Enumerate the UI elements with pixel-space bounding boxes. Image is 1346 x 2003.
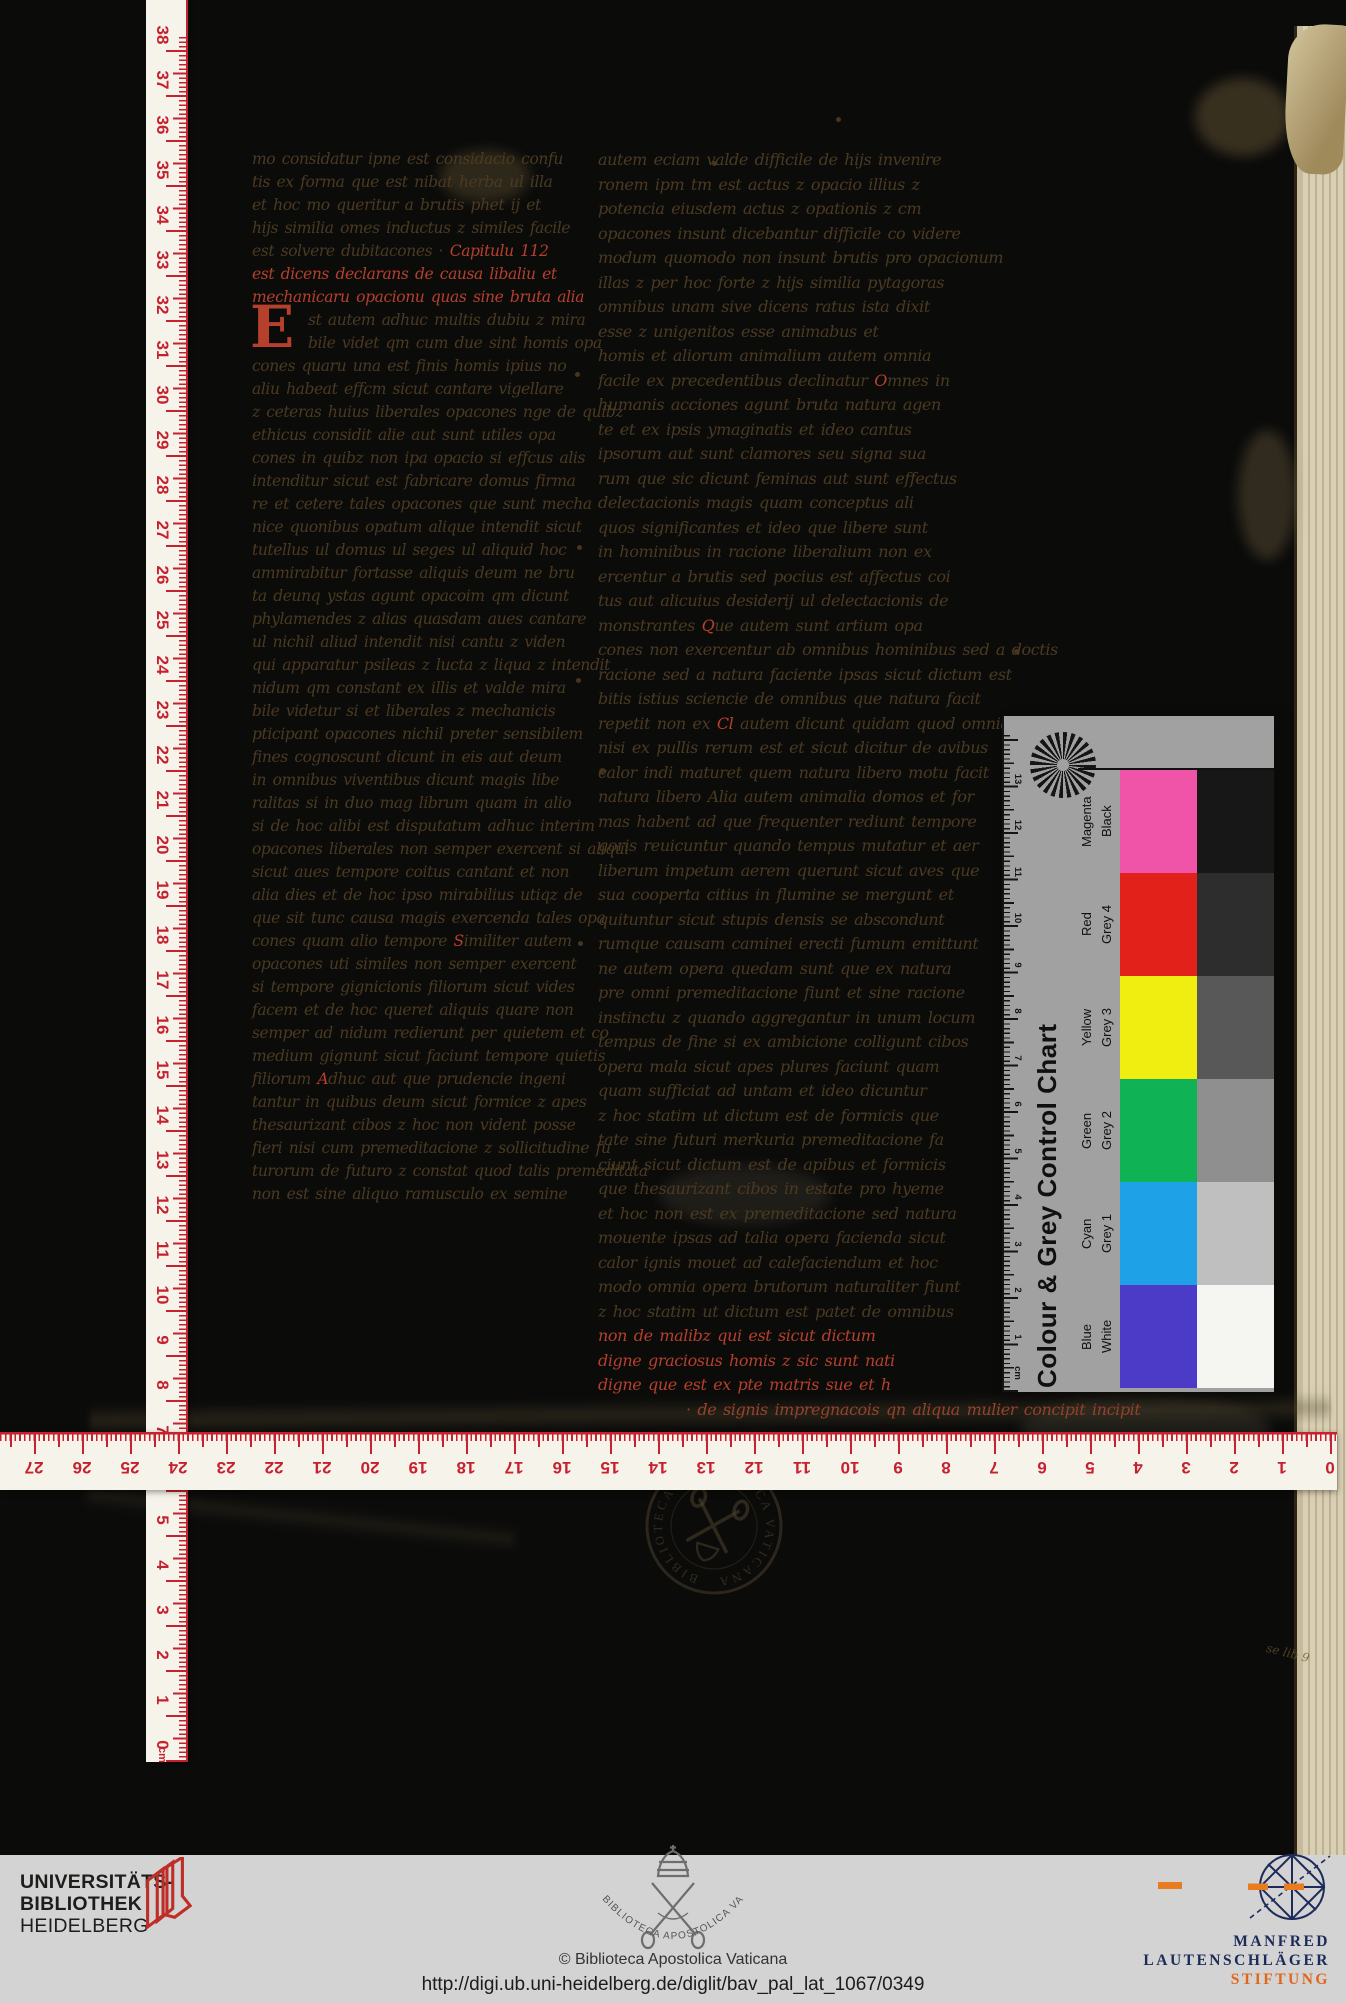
color-label: Blue	[1077, 1285, 1096, 1388]
grey-swatch	[1197, 770, 1274, 873]
manuscript-line: pre omni premeditacione fiunt et sine ra…	[598, 981, 1012, 1006]
grey-swatch	[1197, 1079, 1274, 1182]
manuscript-line: et hoc mo queritur a brutis phet ij et	[252, 194, 576, 217]
ruler-number: 24	[167, 1457, 189, 1477]
ruler-number: 13	[695, 1457, 717, 1477]
manuscript-line: bitis istius sciencie de omnibus que nat…	[598, 687, 1012, 712]
ruler-number: 14	[151, 1104, 173, 1126]
ruler-number: 10	[151, 1284, 173, 1306]
manuscript-line: mouente ipsas ad talia opera facienda si…	[598, 1226, 1012, 1251]
ruler-number: 1	[151, 1689, 173, 1711]
horizontal-ruler: 2726252423222120191817161514131211109876…	[0, 1432, 1337, 1490]
color-label: Green	[1077, 1079, 1096, 1182]
color-chart-row: YellowGrey 3	[1002, 976, 1274, 1079]
ml-line2: LAUTENSCHLÄGER	[1100, 1951, 1330, 1970]
manuscript-line: humanis acciones agunt bruta natura agen	[598, 393, 1012, 418]
manuscript-line: z hoc statim ut dictum est patet de omni…	[598, 1300, 1012, 1325]
manuscript-line: calor indi maturet quem natura libero mo…	[598, 761, 1012, 786]
manuscript-line: liberum impetum aerem querunt sicut aves…	[598, 859, 1012, 884]
manuscript-line: quos significantes et ideo que libere su…	[598, 516, 1012, 541]
right-column: autem eciam valde difficile de hijs inve…	[598, 148, 1012, 1422]
manuscript-line: sua cooperta citius in flumine se mergun…	[598, 883, 1012, 908]
manuscript-line: nice quonibus opatum alique intendit sic…	[252, 516, 576, 539]
ruler-number: 25	[119, 1457, 141, 1477]
manuscript-line: ta deunq ystas agunt opacoim qm dicunt	[252, 585, 576, 608]
ruler-number: 10	[839, 1457, 861, 1477]
ruler-number: 32	[151, 294, 173, 316]
ub-heidelberg-book-icon	[136, 1857, 194, 1935]
manuscript-line: hijs similia omes inductus z similes fac…	[252, 217, 576, 240]
color-swatch	[1120, 770, 1197, 873]
manuscript-line: quituntur sicut stupis densis se abscond…	[598, 908, 1012, 933]
ruler-number: 26	[71, 1457, 93, 1477]
copyright-line: © Biblioteca Apostolica Vaticana	[373, 1951, 973, 1969]
ruler-number: 38	[151, 24, 173, 46]
manuscript-line: filiorum Adhuc aut que prudencie ingeni	[252, 1068, 576, 1091]
manuscript-line: digne graciosus homis z sic sunt nati	[598, 1349, 1012, 1374]
ruler-number: 1	[1271, 1457, 1293, 1477]
color-chart-row: RedGrey 4	[1002, 873, 1274, 976]
manuscript-line: z hoc statim ut dictum est de formicis q…	[598, 1104, 1012, 1129]
manuscript-line: nidum qm constant ex illis et valde mira	[252, 677, 576, 700]
manuscript-line: bile videt qm cum due sint homis opa	[308, 332, 576, 355]
ml-line1: MANFRED	[1100, 1932, 1330, 1951]
manuscript-line: mo considatur ipne est considacio confu	[252, 148, 576, 171]
ruler-number: 0	[1319, 1457, 1341, 1477]
ruler-number: 27	[151, 519, 173, 541]
grey-swatch	[1197, 976, 1274, 1079]
manuscript-line: in omnibus viventibus dicunt magis libe	[252, 769, 576, 792]
ruler-number: 33	[151, 249, 173, 271]
manuscript-line: tus aut alicuius desiderij ul delectacio…	[598, 589, 1012, 614]
manuscript-line: tis ex forma que est nibat herba ul illa	[252, 171, 576, 194]
ruler-number: 19	[407, 1457, 429, 1477]
manuscript-line: rum que sic dicunt feminas aut sunt effe…	[598, 467, 1012, 492]
grey-label: Grey 1	[1097, 1182, 1116, 1285]
manuscript-line: cones in quibz non ipa opacio si effcus …	[252, 447, 576, 470]
color-chart-row: BlueWhite	[1002, 1285, 1274, 1388]
parchment-stain	[1238, 430, 1296, 560]
manuscript-line: ercentur a brutis sed pocius est affectu…	[598, 565, 1012, 590]
manuscript-line: tate sine futuri merkuria premeditacione…	[598, 1128, 1012, 1153]
parchment-stain	[1195, 78, 1290, 156]
manuscript-line: digne que est ex pte matris sue et h	[598, 1373, 1012, 1398]
manuscript-line: cones non exercentur ab omnibus hominibu…	[598, 638, 1012, 663]
ruler-number: 24	[151, 654, 173, 676]
manuscript-line: homis et aliorum animalium autem omnia	[598, 344, 1012, 369]
vatican-arc-text: BIBLIOTECA APOSTOLICA VATICANA	[588, 1843, 746, 1942]
manuscript-line: fieri nisi cum premeditacione z sollicit…	[252, 1137, 576, 1160]
manuscript-line: qui apparatur psileas z lucta z liqua z …	[252, 654, 576, 677]
color-label: Red	[1077, 873, 1096, 976]
ruler-number: 22	[263, 1457, 285, 1477]
grey-label: Grey 4	[1097, 873, 1116, 976]
manuscript-line: alia dies et de hoc ipso mirabilius utiq…	[252, 884, 576, 907]
grey-label: Black	[1097, 770, 1116, 873]
color-chart-row: GreenGrey 2	[1002, 1079, 1274, 1182]
manuscript-line: potencia eiusdem actus z opationis z cm	[598, 197, 1012, 222]
vatican-library-emblem-icon: BIBLIOTECA APOSTOLICA VATICANA	[588, 1843, 758, 1958]
manuscript-line: ronem ipm tm est actus z opacio illius z	[598, 173, 1012, 198]
manuscript-line: monstrantes Que autem sunt artium opa	[598, 614, 1012, 639]
manuscript-line: intenditur sicut est fabricare domus fir…	[252, 470, 576, 493]
manuscript-line: fines cognoscunt dicunt in eis aut deum	[252, 746, 576, 769]
ruler-number: 9	[151, 1329, 173, 1351]
manuscript-line: sicut aues tempore coitus cantant et non	[252, 861, 576, 884]
manuscript-line: bile videtur si et liberales z mechanici…	[252, 700, 576, 723]
manuscript-line: phylamendes z alias quasdam aues cantare	[252, 608, 576, 631]
manuscript-line: delectacionis magis quam conceptus ali	[598, 491, 1012, 516]
ruler-number: 19	[151, 879, 173, 901]
manuscript-line: est solvere dubitacones · Capitulu 112	[252, 240, 576, 263]
manuscript-line: facile ex precedentibus declinatur Omnes…	[598, 369, 1012, 394]
manuscript-line: autem eciam valde difficile de hijs inve…	[598, 148, 1012, 173]
ruler-number: 3	[151, 1599, 173, 1621]
ruler-number: 17	[151, 969, 173, 991]
manuscript-line: natura libero Alia autem animalia domos …	[598, 785, 1012, 810]
manuscript-line: tantur in quibus deum sicut formice z ap…	[252, 1091, 576, 1114]
svg-text:BIBLIOTECA APOSTOLICA VATICANA: BIBLIOTECA APOSTOLICA VATICANA	[588, 1843, 746, 1942]
manuscript-line: opacones liberales non semper exercent s…	[252, 838, 576, 861]
ruler-number: 31	[151, 339, 173, 361]
manuscript-line: opera mala sicut apes plures faciunt qua…	[598, 1055, 1012, 1080]
manuscript-line: z ceteras huius liberales opacones nge d…	[252, 401, 576, 424]
manuscript-line: repetit non ex Cl autem dicunt quidam qu…	[598, 712, 1012, 737]
ruler-number: 6	[1031, 1457, 1053, 1477]
ruler-number: 2	[1223, 1457, 1245, 1477]
ruler-number: 23	[215, 1457, 237, 1477]
manuscript-line: ethicus considit alie aut sunt utiles op…	[252, 424, 576, 447]
manuscript-line: facem et de hoc queret aliquis quare non	[252, 999, 576, 1022]
manuscript-line: opacones insunt dicebantur difficile co …	[598, 222, 1012, 247]
ruler-number: 0	[151, 1734, 173, 1756]
grey-label: White	[1097, 1285, 1116, 1388]
ruler-number: 26	[151, 564, 173, 586]
color-chart: cm 12345678910111213 Colour & Grey Contr…	[1002, 716, 1274, 1392]
manuscript-line: instinctu z quando aggregantur in unum l…	[598, 1006, 1012, 1031]
ruler-number: 8	[935, 1457, 957, 1477]
ruler-number: 25	[151, 609, 173, 631]
vertical-ruler: cm 3837363534333231302928272625242322212…	[146, 0, 188, 1762]
manuscript-line: non est sine aliquo ramusculo ex semine	[252, 1183, 576, 1206]
grey-label: Grey 2	[1097, 1079, 1116, 1182]
ruler-number: 29	[151, 429, 173, 451]
manuscript-line: st autem adhuc multis dubiu z mira	[308, 309, 576, 332]
rubric-initial: E	[250, 302, 294, 352]
grey-swatch	[1197, 1182, 1274, 1285]
left-column: mo considatur ipne est considacio confut…	[252, 148, 576, 1206]
ruler-number: 18	[455, 1457, 477, 1477]
manuscript-line: ammirabitur fortasse aliquis deum ne bru	[252, 562, 576, 585]
scan-photo-stage: mo considatur ipne est considacio confut…	[0, 0, 1346, 2003]
color-chart-row: CyanGrey 1	[1002, 1182, 1274, 1285]
manuscript-line: racione sed a natura faciente ipsas sicu…	[598, 663, 1012, 688]
manuscript-line: non de malibz qui est sicut dictum	[598, 1324, 1012, 1349]
color-swatch	[1120, 976, 1197, 1079]
ruler-number: 27	[23, 1457, 45, 1477]
manuscript-line: mechanicaru opacionu quas sine bruta ali…	[252, 286, 576, 309]
color-chart-row: MagentaBlack	[1002, 770, 1274, 873]
footer-bar: UNIVERSITÄTS- BIBLIOTHEK HEIDELBERG	[0, 1855, 1346, 2003]
ruler-number: 12	[151, 1194, 173, 1216]
manuscript-line: si tempore gignicionis filiorum sicut vi…	[252, 976, 576, 999]
ruler-number: 21	[311, 1457, 333, 1477]
manuscript-line: calor ignis mouet ad calefaciendum et ho…	[598, 1251, 1012, 1276]
manuscript-line: rumque causam caminei erecti fumum emitt…	[598, 932, 1012, 957]
ruler-number: 35	[151, 159, 173, 181]
ruler-number: 3	[1175, 1457, 1197, 1477]
ruler-number: 21	[151, 789, 173, 811]
ruler-number: 7	[983, 1457, 1005, 1477]
grey-swatch	[1197, 873, 1274, 976]
manuscript-line: medium gignunt sicut faciunt tempore qui…	[252, 1045, 576, 1068]
color-label: Yellow	[1077, 976, 1096, 1079]
ruler-number: 16	[551, 1457, 573, 1477]
color-swatch	[1120, 1079, 1197, 1182]
manuscript-line: ipsorum aut sunt clamores seu signa sua	[598, 442, 1012, 467]
ruler-number: 2	[151, 1644, 173, 1666]
manuscript-line: si de hoc alibi est disputatum adhuc int…	[252, 815, 576, 838]
ruler-number: 4	[1127, 1457, 1149, 1477]
ml-stiftung-globe-icon	[1246, 1850, 1334, 1924]
ruler-number: 20	[151, 834, 173, 856]
color-label: Cyan	[1077, 1182, 1096, 1285]
manuscript-line: tempus de fine si ex ambicione colligunt…	[598, 1030, 1012, 1055]
ruler-number: 30	[151, 384, 173, 406]
book-fore-edge	[1294, 26, 1346, 1856]
color-label: Magenta	[1077, 770, 1096, 873]
manuscript-line: aliu habeat effcm sicut cantare vigellar…	[252, 378, 576, 401]
manuscript-line: in hominibus in racione liberalium non e…	[598, 540, 1012, 565]
ml-stiftung-logo-text: MANFRED LAUTENSCHLÄGER STIFTUNG	[1100, 1932, 1330, 1989]
page-corner-curl	[1282, 23, 1346, 176]
manuscript-line: que sit tunc causa magis exercenda tales…	[252, 907, 576, 930]
manuscript-line: ul nichil aliud intendit nisi cantu z vi…	[252, 631, 576, 654]
manuscript-line: cones quaru una est finis homis ipius no	[252, 355, 576, 378]
manuscript-line: ralitas si in duo mag librum quam in ali…	[252, 792, 576, 815]
manuscript-line: cones quam alio tempore Similiter autem	[252, 930, 576, 953]
manuscript-line: est dicens declarans de causa libaliu et	[252, 263, 576, 286]
color-swatch	[1120, 1285, 1197, 1388]
manuscript-line: mas habent ad que frequenter rediunt tem…	[598, 810, 1012, 835]
ruler-number: 13	[151, 1149, 173, 1171]
ruler-number: 5	[151, 1509, 173, 1531]
ruler-number: 16	[151, 1014, 173, 1036]
grey-label: Grey 3	[1097, 976, 1116, 1079]
ruler-number: 12	[743, 1457, 765, 1477]
color-swatch	[1120, 873, 1197, 976]
manuscript-line: pticipant opacones nichil preter sensibi…	[252, 723, 576, 746]
manuscript-line: modum quomodo non insunt brutis pro opac…	[598, 246, 1012, 271]
manuscript-line: ne autem opera quedam sunt que ex natura	[598, 957, 1012, 982]
ruler-number: 23	[151, 699, 173, 721]
ruler-number: 5	[1079, 1457, 1101, 1477]
ml-line3: STIFTUNG	[1100, 1970, 1330, 1989]
manuscript-line: modo omnia opera brutorum naturaliter fi…	[598, 1275, 1012, 1300]
crossed-keys-icon	[675, 1487, 749, 1569]
ruler-number: 8	[151, 1374, 173, 1396]
ruler-number: 4	[151, 1554, 173, 1576]
manuscript-line: omnibus unam sive dicens ratus ista dixi…	[598, 295, 1012, 320]
manuscript-line: semper ad nidum redierunt per quietem et…	[252, 1022, 576, 1045]
ruler-number: 22	[151, 744, 173, 766]
manuscript-line: que thesaurizant cibos in estate pro hye…	[598, 1177, 1012, 1202]
source-url: http://digi.ub.uni-heidelberg.de/diglit/…	[273, 1974, 1073, 1996]
ruler-number: 37	[151, 69, 173, 91]
manuscript-line: quam sufficiat ad untam et ideo dicuntur	[598, 1079, 1012, 1104]
ruler-number: 14	[647, 1457, 669, 1477]
ruler-number: 15	[599, 1457, 621, 1477]
ruler-number: 17	[503, 1457, 525, 1477]
ruler-number: 11	[791, 1457, 813, 1477]
manuscript-line: nisi ex pullis rerum est et sicut dicitu…	[598, 736, 1012, 761]
ruler-number: 20	[359, 1457, 381, 1477]
manuscript-line: et hoc non est ex premeditacione sed nat…	[598, 1202, 1012, 1227]
ruler-number: 36	[151, 114, 173, 136]
manuscript-line: tutellus ul domus ul seges ul aliquid ho…	[252, 539, 576, 562]
ruler-number: 34	[151, 204, 173, 226]
ruler-number: 18	[151, 924, 173, 946]
manuscript-line: turorum de futuro z constat quod talis p…	[252, 1160, 576, 1183]
manuscript-line: goris reuicuntur quando tempus mutatur e…	[598, 834, 1012, 859]
manuscript-line: te et ex ipsis ymaginatis et ideo cantus	[598, 418, 1012, 443]
manuscript-line: re et cetere tales opacones que sunt mec…	[252, 493, 576, 516]
manuscript-line: esse z unigenitos esse animabus et	[598, 320, 1012, 345]
grey-swatch	[1197, 1285, 1274, 1388]
manuscript-line: thesaurizant cibos z hoc non vident poss…	[252, 1114, 576, 1137]
manuscript-line: illas z per hoc forte z hijs similia pyt…	[598, 271, 1012, 296]
manuscript-line: ciunt sicut dictum est de apibus et form…	[598, 1153, 1012, 1178]
ruler-number: 28	[151, 474, 173, 496]
manuscript-line: opacones uti similes non semper exercent	[252, 953, 576, 976]
ruler-number: 9	[887, 1457, 909, 1477]
ruler-number: 15	[151, 1059, 173, 1081]
color-swatch	[1120, 1182, 1197, 1285]
ruler-number: 11	[151, 1239, 173, 1261]
ml-stiftung-dash-icon	[1158, 1882, 1182, 1889]
